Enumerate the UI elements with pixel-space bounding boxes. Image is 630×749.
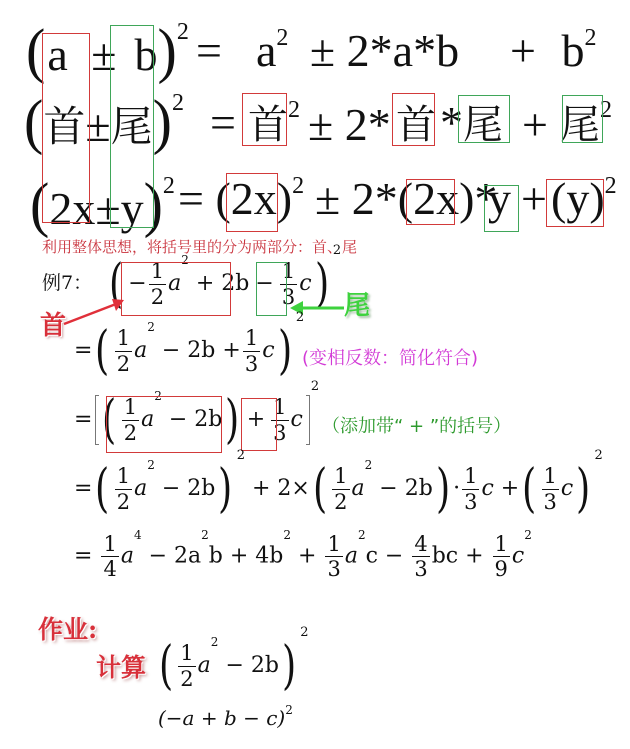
note-add-bracket: （添加带“ + ”的括号） <box>322 412 511 438</box>
formula-row-2-rhs-mid: ± 2* <box>308 102 391 148</box>
formula-row-1-rhs: = <box>196 28 222 74</box>
caption: 利用整体思想，将括号里的分为两部分：首、尾 <box>42 236 357 257</box>
example-line-5: = 14a4 − 2a2b + 4b2 + 13a2c − 43bc + 19c… <box>74 533 532 580</box>
head-box-row2-t1 <box>242 93 287 146</box>
formula-row-2-rhs: = <box>210 100 236 146</box>
example-line-2: =(12a2 − 2b +13c)2 <box>74 325 304 377</box>
tail-box-row2-t3 <box>562 95 603 143</box>
homework-exercise-1: (12a2 − 2b)2 <box>156 640 309 692</box>
tail-box-row2-t2 <box>458 95 510 143</box>
homework-exercise-2: (−a + b − c)2 <box>158 708 293 728</box>
homework-compute-label: 计算 <box>96 648 146 684</box>
head-box-row3-t2 <box>406 179 455 225</box>
head-box-line3 <box>106 396 222 453</box>
head-column-box <box>42 33 90 223</box>
formula-row-1-tail: + b2 <box>510 28 596 74</box>
tail-box-example <box>256 262 287 316</box>
formula-row-2-rhs-plus: + <box>522 102 548 148</box>
tail-column-box <box>110 25 154 228</box>
formula-row-3-rhs-plus: + <box>521 176 547 222</box>
tail-box-row3-t3 <box>546 179 604 227</box>
head-box-row3-t1 <box>226 173 278 232</box>
formula-row-1-rhs-terms: a2 ± 2*a*b <box>256 28 459 74</box>
homework-title: 作业: <box>38 610 97 646</box>
head-box-row2-t2 <box>392 93 435 146</box>
head-box-example <box>121 262 231 316</box>
tail-box-row3-t2 <box>484 185 519 232</box>
note-opposite-sign: (变相反数：简化符合) <box>302 344 478 370</box>
tail-box-line3 <box>241 398 277 451</box>
example-line-4: =(12a2 − 2b)2 + 2×(12a2 − 2b)·13c +(13c)… <box>74 463 603 515</box>
